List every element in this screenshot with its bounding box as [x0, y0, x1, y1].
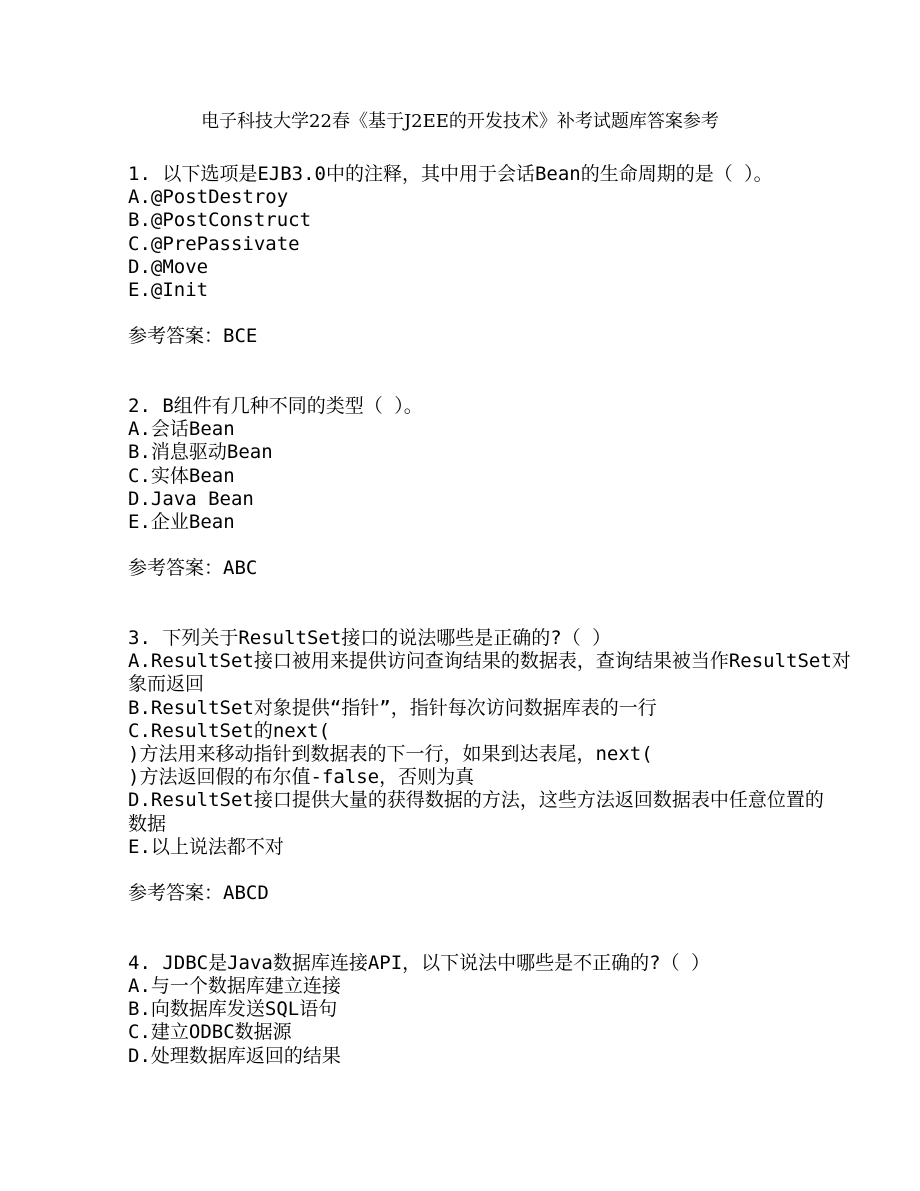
question-option: B.@PostConstruct	[128, 209, 908, 232]
question-option: E.企业Bean	[128, 511, 908, 534]
question-option: E.@Init	[128, 279, 908, 302]
answer-line: 参考答案：BCE	[128, 325, 908, 348]
answer-label: 参考答案：	[128, 557, 223, 579]
document-page: 电子科技大学22春《基于J2EE的开发技术》补考试题库答案参考 1. 以下选项是…	[0, 0, 920, 1191]
question-option: B.ResultSet对象提供“指针”，指针每次访问数据库表的一行	[128, 697, 908, 720]
answer-value: ABCD	[223, 882, 269, 904]
question-option: B.向数据库发送SQL语句	[128, 998, 908, 1021]
question-option: B.消息驱动Bean	[128, 441, 908, 464]
question-block: 3. 下列关于ResultSet接口的说法哪些是正确的?（ ）A.ResultS…	[128, 627, 908, 905]
question-stem: 4. JDBC是Java数据库连接API，以下说法中哪些是不正确的?（ ）	[128, 952, 908, 975]
questions-list: 1. 以下选项是EJB3.0中的注释，其中用于会话Bean的生命周期的是（ ）。…	[128, 134, 908, 1068]
question-stem: 2. B组件有几种不同的类型（ ）。	[128, 395, 908, 418]
question-option: C.@PrePassivate	[128, 233, 908, 256]
question-option: D.@Move	[128, 256, 908, 279]
question-block: 1. 以下选项是EJB3.0中的注释，其中用于会话Bean的生命周期的是（ ）。…	[128, 163, 908, 349]
question-option: A.与一个数据库建立连接	[128, 975, 908, 998]
answer-value: BCE	[223, 325, 257, 347]
question-option: C.建立ODBC数据源	[128, 1021, 908, 1044]
question-block: 4. JDBC是Java数据库连接API，以下说法中哪些是不正确的?（ ）A.与…	[128, 952, 908, 1068]
question-option: C.实体Bean	[128, 465, 908, 488]
question-option: D.处理数据库返回的结果	[128, 1045, 908, 1068]
question-stem: 3. 下列关于ResultSet接口的说法哪些是正确的?（ ）	[128, 627, 908, 650]
answer-line: 参考答案：ABC	[128, 557, 908, 580]
question-option: E.以上说法都不对	[128, 836, 908, 859]
question-option: C.ResultSet的next( )方法用来移动指针到数据表的下一行，如果到达…	[128, 720, 908, 790]
question-stem: 1. 以下选项是EJB3.0中的注释，其中用于会话Bean的生命周期的是（ ）。	[128, 163, 908, 186]
question-option: A.ResultSet接口被用来提供访问查询结果的数据表，查询结果被当作Resu…	[128, 650, 908, 696]
answer-line: 参考答案：ABCD	[128, 882, 908, 905]
question-block: 2. B组件有几种不同的类型（ ）。A.会话BeanB.消息驱动BeanC.实体…	[128, 395, 908, 581]
question-option: D.ResultSet接口提供大量的获得数据的方法，这些方法返回数据表中任意位置…	[128, 789, 908, 835]
question-option: A.会话Bean	[128, 418, 908, 441]
answer-label: 参考答案：	[128, 325, 223, 347]
answer-label: 参考答案：	[128, 882, 223, 904]
question-option: A.@PostDestroy	[128, 186, 908, 209]
answer-value: ABC	[223, 557, 257, 579]
page-title: 电子科技大学22春《基于J2EE的开发技术》补考试题库答案参考	[0, 0, 920, 134]
question-option: D.Java Bean	[128, 488, 908, 511]
